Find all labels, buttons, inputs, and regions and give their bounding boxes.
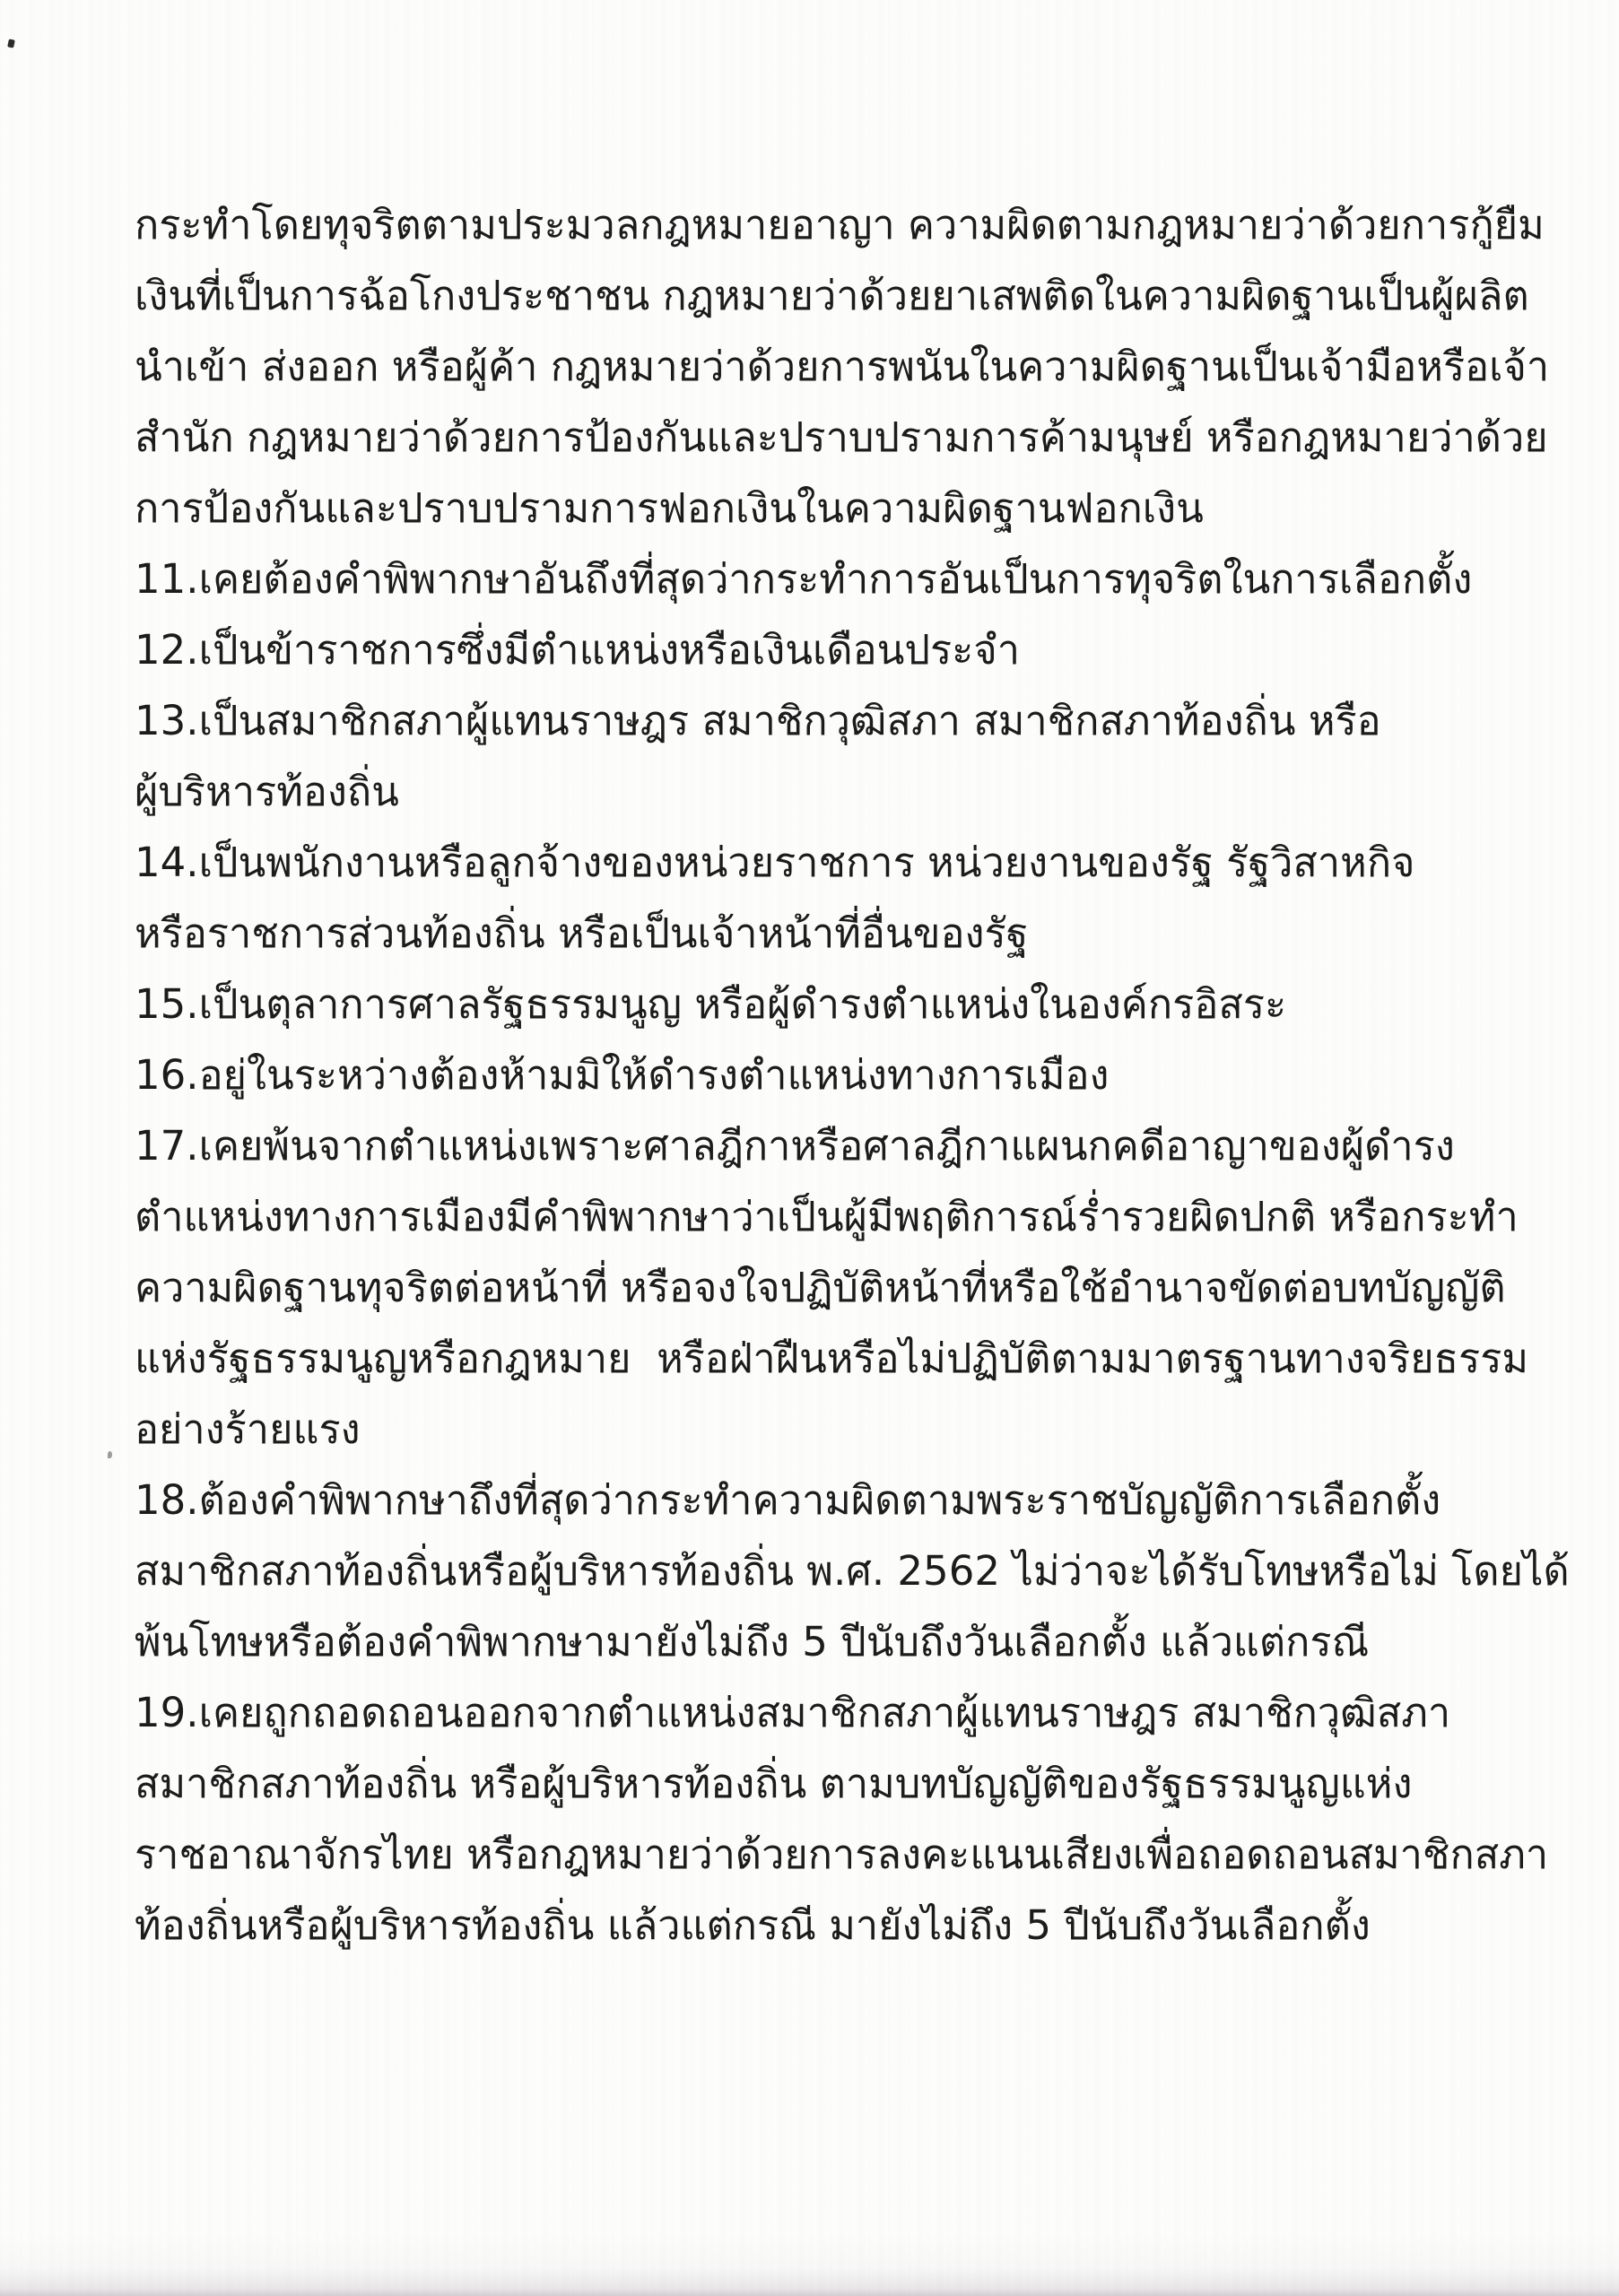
scan-speck bbox=[7, 39, 15, 48]
paragraph: กระทำโดยทุจริตตามประมวลกฎหมายอาญา ความผิ… bbox=[135, 190, 1507, 544]
numbered-item: 12.เป็นข้าราชการซึ่งมีตำแหน่งหรือเงินเดื… bbox=[135, 615, 1507, 686]
numbered-item: 15.เป็นตุลาการศาลรัฐธรรมนูญ หรือผู้ดำรงต… bbox=[135, 970, 1507, 1040]
numbered-item: 11.เคยต้องคำพิพากษาอันถึงที่สุดว่ากระทำก… bbox=[135, 544, 1507, 615]
line-text: เคยพ้นจากตำแหน่งเพราะศาลฎีกาหรือศาลฎีกาแ… bbox=[199, 1122, 1455, 1170]
item-number: 12. bbox=[135, 615, 199, 684]
numbered-item: 13.เป็นสมาชิกสภาผู้แทนราษฎร สมาชิกวุฒิสภ… bbox=[135, 686, 1507, 828]
text-line: แห่งรัฐธรรมนูญหรือกฎหมาย หรือฝ่าฝืนหรือไ… bbox=[135, 1324, 1507, 1395]
scan-speck bbox=[108, 1451, 112, 1458]
text-line: ท้องถิ่นหรือผู้บริหารท้องถิ่น แล้วแต่กรณ… bbox=[135, 1891, 1507, 1961]
numbered-item: 14.เป็นพนักงานหรือลูกจ้างของหน่วยราชการ … bbox=[135, 828, 1507, 970]
text-line: 14.เป็นพนักงานหรือลูกจ้างของหน่วยราชการ … bbox=[135, 828, 1507, 899]
document-page: กระทำโดยทุจริตตามประมวลกฎหมายอาญา ความผิ… bbox=[0, 0, 1619, 2296]
line-text: สมาชิกสภาท้องถิ่นหรือผู้บริหารท้องถิ่น พ… bbox=[135, 1547, 1570, 1595]
scan-edge-shadow bbox=[0, 2233, 1619, 2296]
item-number: 18. bbox=[135, 1465, 199, 1535]
text-line: เงินที่เป็นการฉ้อโกงประชาชน กฎหมายว่าด้ว… bbox=[135, 261, 1507, 332]
text-line: ราชอาณาจักรไทย หรือกฎหมายว่าด้วยการลงคะแ… bbox=[135, 1820, 1507, 1891]
line-text: เคยต้องคำพิพากษาอันถึงที่สุดว่ากระทำการอ… bbox=[199, 555, 1473, 603]
line-text: สำนัก กฎหมายว่าด้วยการป้องกันและปราบปราม… bbox=[135, 413, 1548, 461]
text-line: 19.เคยถูกถอดถอนออกจากตำแหน่งสมาชิกสภาผู้… bbox=[135, 1678, 1507, 1749]
line-text: เป็นข้าราชการซึ่งมีตำแหน่งหรือเงินเดือนป… bbox=[199, 626, 1020, 674]
text-line: 15.เป็นตุลาการศาลรัฐธรรมนูญ หรือผู้ดำรงต… bbox=[135, 970, 1507, 1040]
line-text: พ้นโทษหรือต้องคำพิพากษามายังไม่ถึง 5 ปีน… bbox=[135, 1618, 1369, 1665]
line-text: ท้องถิ่นหรือผู้บริหารท้องถิ่น แล้วแต่กรณ… bbox=[135, 1901, 1371, 1949]
text-line: สมาชิกสภาท้องถิ่น หรือผู้บริหารท้องถิ่น … bbox=[135, 1749, 1507, 1820]
line-text: ความผิดฐานทุจริตต่อหน้าที่ หรือจงใจปฏิบั… bbox=[135, 1264, 1506, 1311]
line-text: สมาชิกสภาท้องถิ่น หรือผู้บริหารท้องถิ่น … bbox=[135, 1760, 1412, 1807]
text-line: 12.เป็นข้าราชการซึ่งมีตำแหน่งหรือเงินเดื… bbox=[135, 615, 1507, 686]
item-number: 17. bbox=[135, 1111, 199, 1180]
line-text: เป็นสมาชิกสภาผู้แทนราษฎร สมาชิกวุฒิสภา ส… bbox=[199, 697, 1381, 744]
line-text: อยู่ในระหว่างต้องห้ามมิให้ดำรงตำแหน่งทาง… bbox=[199, 1051, 1110, 1099]
text-line: หรือราชการส่วนท้องถิ่น หรือเป็นเจ้าหน้าท… bbox=[135, 899, 1507, 970]
text-line: พ้นโทษหรือต้องคำพิพากษามายังไม่ถึง 5 ปีน… bbox=[135, 1607, 1507, 1678]
document-text-block: กระทำโดยทุจริตตามประมวลกฎหมายอาญา ความผิ… bbox=[135, 190, 1507, 1961]
text-line: สมาชิกสภาท้องถิ่นหรือผู้บริหารท้องถิ่น พ… bbox=[135, 1536, 1507, 1607]
text-line: ความผิดฐานทุจริตต่อหน้าที่ หรือจงใจปฏิบั… bbox=[135, 1253, 1507, 1324]
line-text: เป็นพนักงานหรือลูกจ้างของหน่วยราชการ หน่… bbox=[199, 839, 1415, 886]
text-line: นำเข้า ส่งออก หรือผู้ค้า กฎหมายว่าด้วยกา… bbox=[135, 332, 1507, 403]
numbered-item: 19.เคยถูกถอดถอนออกจากตำแหน่งสมาชิกสภาผู้… bbox=[135, 1678, 1507, 1961]
text-line: ผู้บริหารท้องถิ่น bbox=[135, 757, 1507, 828]
line-text: กระทำโดยทุจริตตามประมวลกฎหมายอาญา ความผิ… bbox=[135, 201, 1545, 248]
line-text: ผู้บริหารท้องถิ่น bbox=[135, 768, 399, 815]
line-text: นำเข้า ส่งออก หรือผู้ค้า กฎหมายว่าด้วยกา… bbox=[135, 343, 1549, 390]
text-line: 17.เคยพ้นจากตำแหน่งเพราะศาลฎีกาหรือศาลฎี… bbox=[135, 1111, 1507, 1182]
text-line: 16.อยู่ในระหว่างต้องห้ามมิให้ดำรงตำแหน่ง… bbox=[135, 1040, 1507, 1111]
line-text: ต้องคำพิพากษาถึงที่สุดว่ากระทำความผิดตาม… bbox=[199, 1476, 1441, 1524]
numbered-item: 16.อยู่ในระหว่างต้องห้ามมิให้ดำรงตำแหน่ง… bbox=[135, 1040, 1507, 1111]
text-line: อย่างร้ายแรง bbox=[135, 1395, 1507, 1465]
line-text: ตำแหน่งทางการเมืองมีคำพิพากษาว่าเป็นผู้ม… bbox=[135, 1193, 1519, 1240]
line-text: เงินที่เป็นการฉ้อโกงประชาชน กฎหมายว่าด้ว… bbox=[135, 272, 1529, 319]
item-number: 13. bbox=[135, 686, 199, 755]
text-line: 13.เป็นสมาชิกสภาผู้แทนราษฎร สมาชิกวุฒิสภ… bbox=[135, 686, 1507, 757]
text-line: 11.เคยต้องคำพิพากษาอันถึงที่สุดว่ากระทำก… bbox=[135, 544, 1507, 615]
text-line: ตำแหน่งทางการเมืองมีคำพิพากษาว่าเป็นผู้ม… bbox=[135, 1182, 1507, 1253]
text-line: 18.ต้องคำพิพากษาถึงที่สุดว่ากระทำความผิด… bbox=[135, 1465, 1507, 1536]
line-text: หรือราชการส่วนท้องถิ่น หรือเป็นเจ้าหน้าท… bbox=[135, 909, 1028, 957]
item-number: 16. bbox=[135, 1040, 199, 1109]
line-text: แห่งรัฐธรรมนูญหรือกฎหมาย หรือฝ่าฝืนหรือไ… bbox=[135, 1335, 1528, 1382]
numbered-item: 17.เคยพ้นจากตำแหน่งเพราะศาลฎีกาหรือศาลฎี… bbox=[135, 1111, 1507, 1465]
line-text: การป้องกันและปราบปรามการฟอกเงินในความผิด… bbox=[135, 484, 1204, 532]
item-number: 14. bbox=[135, 828, 199, 897]
line-text: เคยถูกถอดถอนออกจากตำแหน่งสมาชิกสภาผู้แทน… bbox=[199, 1689, 1451, 1736]
line-text: ราชอาณาจักรไทย หรือกฎหมายว่าด้วยการลงคะแ… bbox=[135, 1831, 1548, 1878]
text-line: กระทำโดยทุจริตตามประมวลกฎหมายอาญา ความผิ… bbox=[135, 190, 1507, 261]
line-text: เป็นตุลาการศาลรัฐธรรมนูญ หรือผู้ดำรงตำแห… bbox=[199, 980, 1287, 1028]
text-line: การป้องกันและปราบปรามการฟอกเงินในความผิด… bbox=[135, 474, 1507, 544]
item-number: 11. bbox=[135, 544, 199, 613]
item-number: 19. bbox=[135, 1678, 199, 1747]
text-line: สำนัก กฎหมายว่าด้วยการป้องกันและปราบปราม… bbox=[135, 403, 1507, 474]
line-text: อย่างร้ายแรง bbox=[135, 1405, 361, 1453]
item-number: 15. bbox=[135, 970, 199, 1039]
numbered-item: 18.ต้องคำพิพากษาถึงที่สุดว่ากระทำความผิด… bbox=[135, 1465, 1507, 1678]
